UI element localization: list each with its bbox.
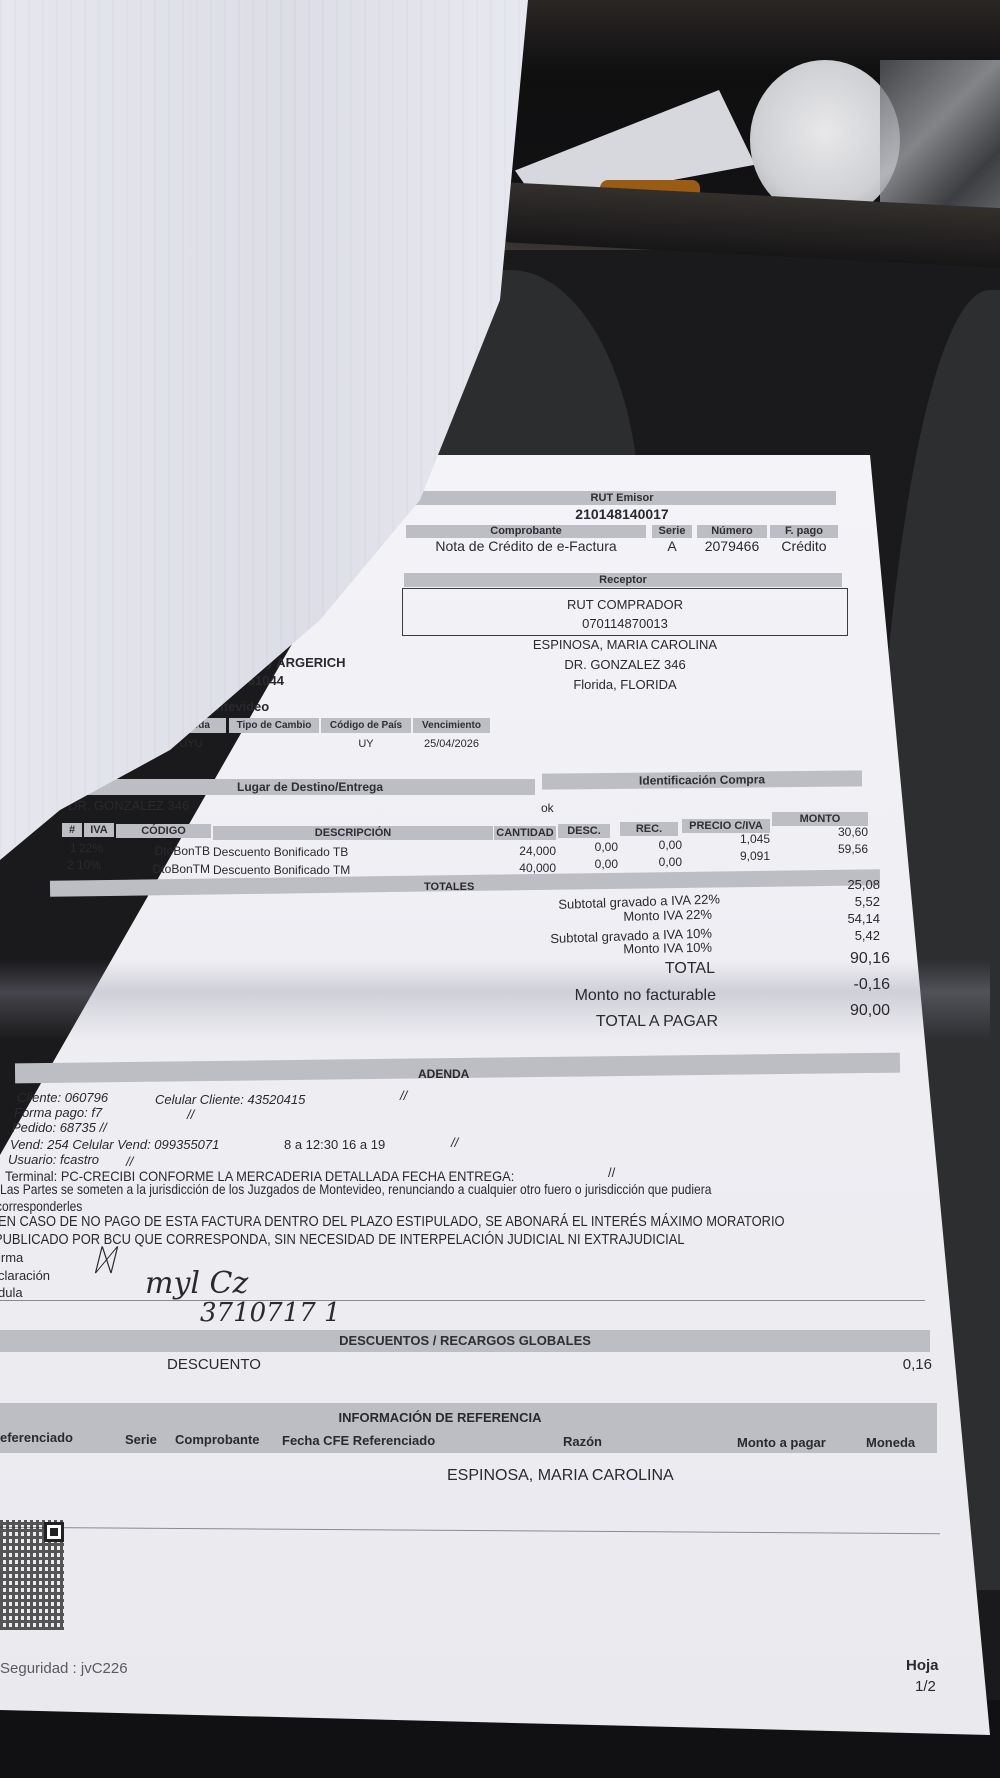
firma-label: irma xyxy=(0,1250,23,1265)
adenda-sep-4: // xyxy=(126,1154,133,1169)
row-iva: 10% xyxy=(77,858,101,872)
codigo-pais-header: Código de País xyxy=(321,718,411,733)
row-cantidad: 24,000 xyxy=(494,844,556,858)
iva-22-value: 5,52 xyxy=(790,894,880,909)
serie-value: A xyxy=(652,538,692,554)
iva-10-value: 5,42 xyxy=(790,928,880,943)
ref-col-comprobante: Comprobante xyxy=(175,1432,260,1447)
total-a-pagar-value: 90,00 xyxy=(790,1002,890,1020)
security-code: Seguridad : jvC226 xyxy=(0,1660,128,1677)
total-label: TOTAL xyxy=(450,960,715,978)
adenda-sep-3: // xyxy=(451,1135,458,1150)
adenda-sep-1: // xyxy=(400,1088,407,1103)
ref-col-serie: Serie xyxy=(125,1432,157,1447)
rut-emisor-header: RUT Emisor xyxy=(408,491,836,505)
adenda-header: ADENDA xyxy=(418,1067,469,1081)
destino-value: DR. GONZALEZ 346 xyxy=(68,798,189,813)
adenda-sep-2: // xyxy=(187,1107,194,1122)
vencimiento-header: Vencimiento xyxy=(413,718,490,733)
adenda-vendedor: Vend: 254 Celular Vend: 099355071 xyxy=(10,1137,219,1152)
col-cantidad-header: CANTIDAD xyxy=(494,826,556,840)
row-precio: 1,045 xyxy=(682,832,770,846)
subtotal-10-value: 54,14 xyxy=(790,911,880,926)
identificacion-compra-value: ok xyxy=(541,801,554,815)
col-desc-header: DESC. xyxy=(558,824,610,838)
adenda-pedido: Pedido: 68735 // xyxy=(12,1120,107,1135)
ref-col-razon: Razón xyxy=(563,1434,602,1449)
adenda-forma-pago: Forma pago: f7 xyxy=(14,1105,102,1120)
total-value: 90,16 xyxy=(790,950,890,968)
receptor-city: Florida, FLORIDA xyxy=(402,677,848,692)
col-iva-header: IVA xyxy=(84,823,114,837)
adenda-cliente: Cliente: 060796 xyxy=(17,1090,108,1105)
handwritten-cedula: 3710717 1 xyxy=(200,1298,341,1328)
codigo-pais-value: UY xyxy=(321,738,411,750)
referencia-header: INFORMACIÓN DE REFERENCIA xyxy=(0,1410,880,1425)
serie-header: Serie xyxy=(652,525,692,538)
receptor-address: DR. GONZALEZ 346 xyxy=(402,657,848,672)
row-descripcion: Descuento Bonificado TB xyxy=(213,845,348,859)
descuento-label: DESCUENTO xyxy=(167,1356,261,1373)
row-monto: 30,60 xyxy=(772,825,868,839)
col-descripcion-header: DESCRIPCIÓN xyxy=(213,826,493,840)
adenda-horario: 8 a 12:30 16 a 19 xyxy=(284,1137,385,1152)
row-rec: 0,00 xyxy=(620,855,682,869)
comprobante-header: Comprobante xyxy=(406,525,646,538)
signature-firma: ᛞ xyxy=(95,1243,113,1278)
signature-line xyxy=(0,1300,925,1301)
vencimiento-value: 25/04/2026 xyxy=(413,738,490,750)
adenda-jurisdiccion-1: Las Partes se someten a la jurisdicción … xyxy=(0,1181,711,1197)
adenda-mora-1: EN CASO DE NO PAGO DE ESTA FACTURA DENTR… xyxy=(0,1213,785,1230)
row-precio: 9,091 xyxy=(682,849,770,863)
comprobante-value: Nota de Crédito de e-Factura xyxy=(406,538,646,554)
descuento-value: 0,16 xyxy=(840,1356,932,1373)
destino-header: Lugar de Destino/Entrega xyxy=(85,779,535,795)
qr-finder-pattern xyxy=(44,1522,64,1542)
ref-col-monto: Monto a pagar xyxy=(737,1435,826,1450)
aclaracion-label: claración xyxy=(0,1268,50,1283)
col-num-header: # xyxy=(62,823,82,837)
row-codigo: DtoBonTM xyxy=(120,862,210,876)
identificacion-compra-header: Identificación Compra xyxy=(542,770,862,789)
totales-header: TOTALES xyxy=(424,881,474,893)
ref-col-fecha: Fecha CFE Referenciado xyxy=(282,1433,435,1448)
referencia-name: ESPINOSA, MARIA CAROLINA xyxy=(447,1467,674,1485)
rut-emisor-value: 210148140017 xyxy=(408,506,836,522)
row-iva: 22% xyxy=(79,841,103,855)
row-codigo: DtoBonTB xyxy=(120,844,210,858)
adenda-usuario: Usuario: fcastro xyxy=(8,1152,99,1167)
col-codigo-header: CÓDIGO xyxy=(116,824,211,838)
numero-value: 2079466 xyxy=(697,538,767,554)
total-a-pagar-label: TOTAL A PAGAR xyxy=(450,1013,718,1031)
rut-comprador-label: RUT COMPRADOR xyxy=(402,597,848,612)
hoja-value: 1/2 xyxy=(915,1678,936,1695)
adenda-jurisdiccion-2: corresponderles xyxy=(0,1198,82,1214)
row-desc: 0,00 xyxy=(558,857,618,871)
descuentos-header: DESCUENTOS / RECARGOS GLOBALES xyxy=(0,1330,930,1352)
row-num: 2 xyxy=(67,858,74,872)
fpago-value: Crédito xyxy=(770,538,838,554)
adenda-celular-cliente: Celular Cliente: 43520415 xyxy=(155,1092,305,1107)
monto-no-facturable-label: Monto no facturable xyxy=(450,987,716,1005)
row-rec: 0,00 xyxy=(620,838,682,852)
subtotal-22-value: 25,08 xyxy=(790,877,880,892)
col-precio-header: PRECIO C/IVA xyxy=(682,819,770,833)
receptor-header: Receptor xyxy=(404,573,842,587)
numero-header: Número xyxy=(697,525,767,538)
monto-no-facturable-value: -0,16 xyxy=(790,976,890,994)
adenda-sep-5: // xyxy=(608,1165,615,1180)
col-monto-header: MONTO xyxy=(772,812,868,826)
handwritten-aclaracion: myl Cz xyxy=(145,1266,248,1301)
row-descripcion: Descuento Bonificado TM xyxy=(213,863,350,877)
row-monto: 59,56 xyxy=(772,842,868,856)
receptor-name: ESPINOSA, MARIA CAROLINA xyxy=(402,637,848,652)
fpago-header: F. pago xyxy=(770,525,838,538)
hoja-label: Hoja xyxy=(906,1657,939,1674)
ref-col-referenciado: eferenciado xyxy=(0,1430,73,1445)
row-desc: 0,00 xyxy=(558,840,618,854)
row-num: 1 xyxy=(70,841,77,855)
cedula-label: dula xyxy=(0,1285,23,1300)
rut-comprador-value: 070114870013 xyxy=(402,616,848,631)
col-rec-header: REC. xyxy=(620,822,678,836)
ref-col-moneda: Moneda xyxy=(866,1435,915,1450)
tipo-cambio-header: Tipo de Cambio xyxy=(229,718,319,733)
